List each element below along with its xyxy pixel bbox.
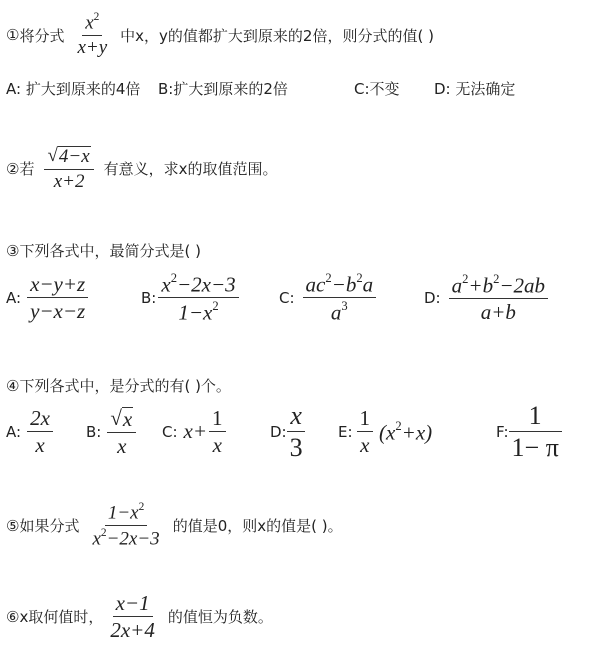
question-6-suffix: 的值恒为负数。 (168, 606, 273, 627)
option-b: B: √xx (86, 407, 162, 457)
option-b: B:扩大到原来的2倍 (158, 78, 354, 99)
question-4-prefix: 下列各式中，是分式的有( )个。 (19, 375, 230, 396)
option-c: C:不变 (354, 78, 434, 99)
question-1-fraction: x2 x+y (74, 12, 110, 58)
question-5-suffix: 的值是0，则x的值是( )。 (173, 515, 343, 536)
option-b: B: x2−2x−3 1−x2 (141, 272, 279, 324)
option-d: D: x3 (270, 402, 338, 462)
question-2-number: ② (6, 160, 19, 178)
option-c: C: x+ 1x (162, 407, 270, 456)
question-2-suffix: 有意义，求x的取值范围。 (104, 158, 278, 179)
question-3-number: ③ (6, 242, 19, 260)
question-4: ④ 下列各式中，是分式的有( )个。 (6, 375, 231, 396)
question-3: ③ 下列各式中，最简分式是( ) (6, 240, 201, 261)
question-5-prefix: 如果分式 (19, 515, 79, 536)
option-a: A: x−y+zy−x−z (6, 273, 141, 322)
option-c: C: ac2−b2a a3 (279, 272, 424, 324)
option-a: A: 2xx (6, 407, 86, 456)
option-d: D: a2+b2−2ab a+b (424, 273, 554, 324)
question-6: ⑥ x取何值时， x−1 2x+4 的值恒为负数。 (6, 592, 273, 641)
question-1-suffix: 中x，y的值都扩大到原来的2倍，则分式的值( ) (120, 25, 434, 46)
question-2-fraction: √4−x x+2 (44, 146, 93, 192)
question-4-number: ④ (6, 377, 19, 395)
option-d: D: 无法确定 (434, 78, 515, 99)
question-2: ② 若 √4−x x+2 有意义，求x的取值范围。 (6, 146, 278, 192)
question-6-fraction: x−1 2x+4 (107, 592, 158, 641)
question-6-prefix: x取何值时， (19, 606, 103, 627)
question-3-prefix: 下列各式中，最简分式是( ) (19, 240, 200, 261)
question-1-number: ① (6, 26, 19, 44)
question-1-prefix: 将分式 (19, 25, 64, 46)
question-6-number: ⑥ (6, 608, 19, 626)
option-e: E: 1x (x2+x) (338, 407, 496, 456)
option-f: F: 11− π (496, 402, 568, 462)
question-5: ⑤ 如果分式 1−x2 x2−2x−3 的值是0，则x的值是( )。 (6, 502, 343, 550)
question-1: ① 将分式 x2 x+y 中x，y的值都扩大到原来的2倍，则分式的值( ) (6, 12, 434, 58)
question-1-options: A: 扩大到原来的4倍 B:扩大到原来的2倍 C:不变 D: 无法确定 (6, 78, 515, 99)
question-2-prefix: 若 (19, 158, 34, 179)
question-3-options: A: x−y+zy−x−z B: x2−2x−3 1−x2 C: ac2−b2a… (6, 272, 554, 324)
question-5-fraction: 1−x2 x2−2x−3 (89, 502, 162, 550)
option-a: A: 扩大到原来的4倍 (6, 78, 158, 99)
question-4-options: A: 2xx B: √xx C: x+ 1x D: x3 E: 1x (x2+x… (6, 402, 568, 462)
question-5-number: ⑤ (6, 517, 19, 535)
